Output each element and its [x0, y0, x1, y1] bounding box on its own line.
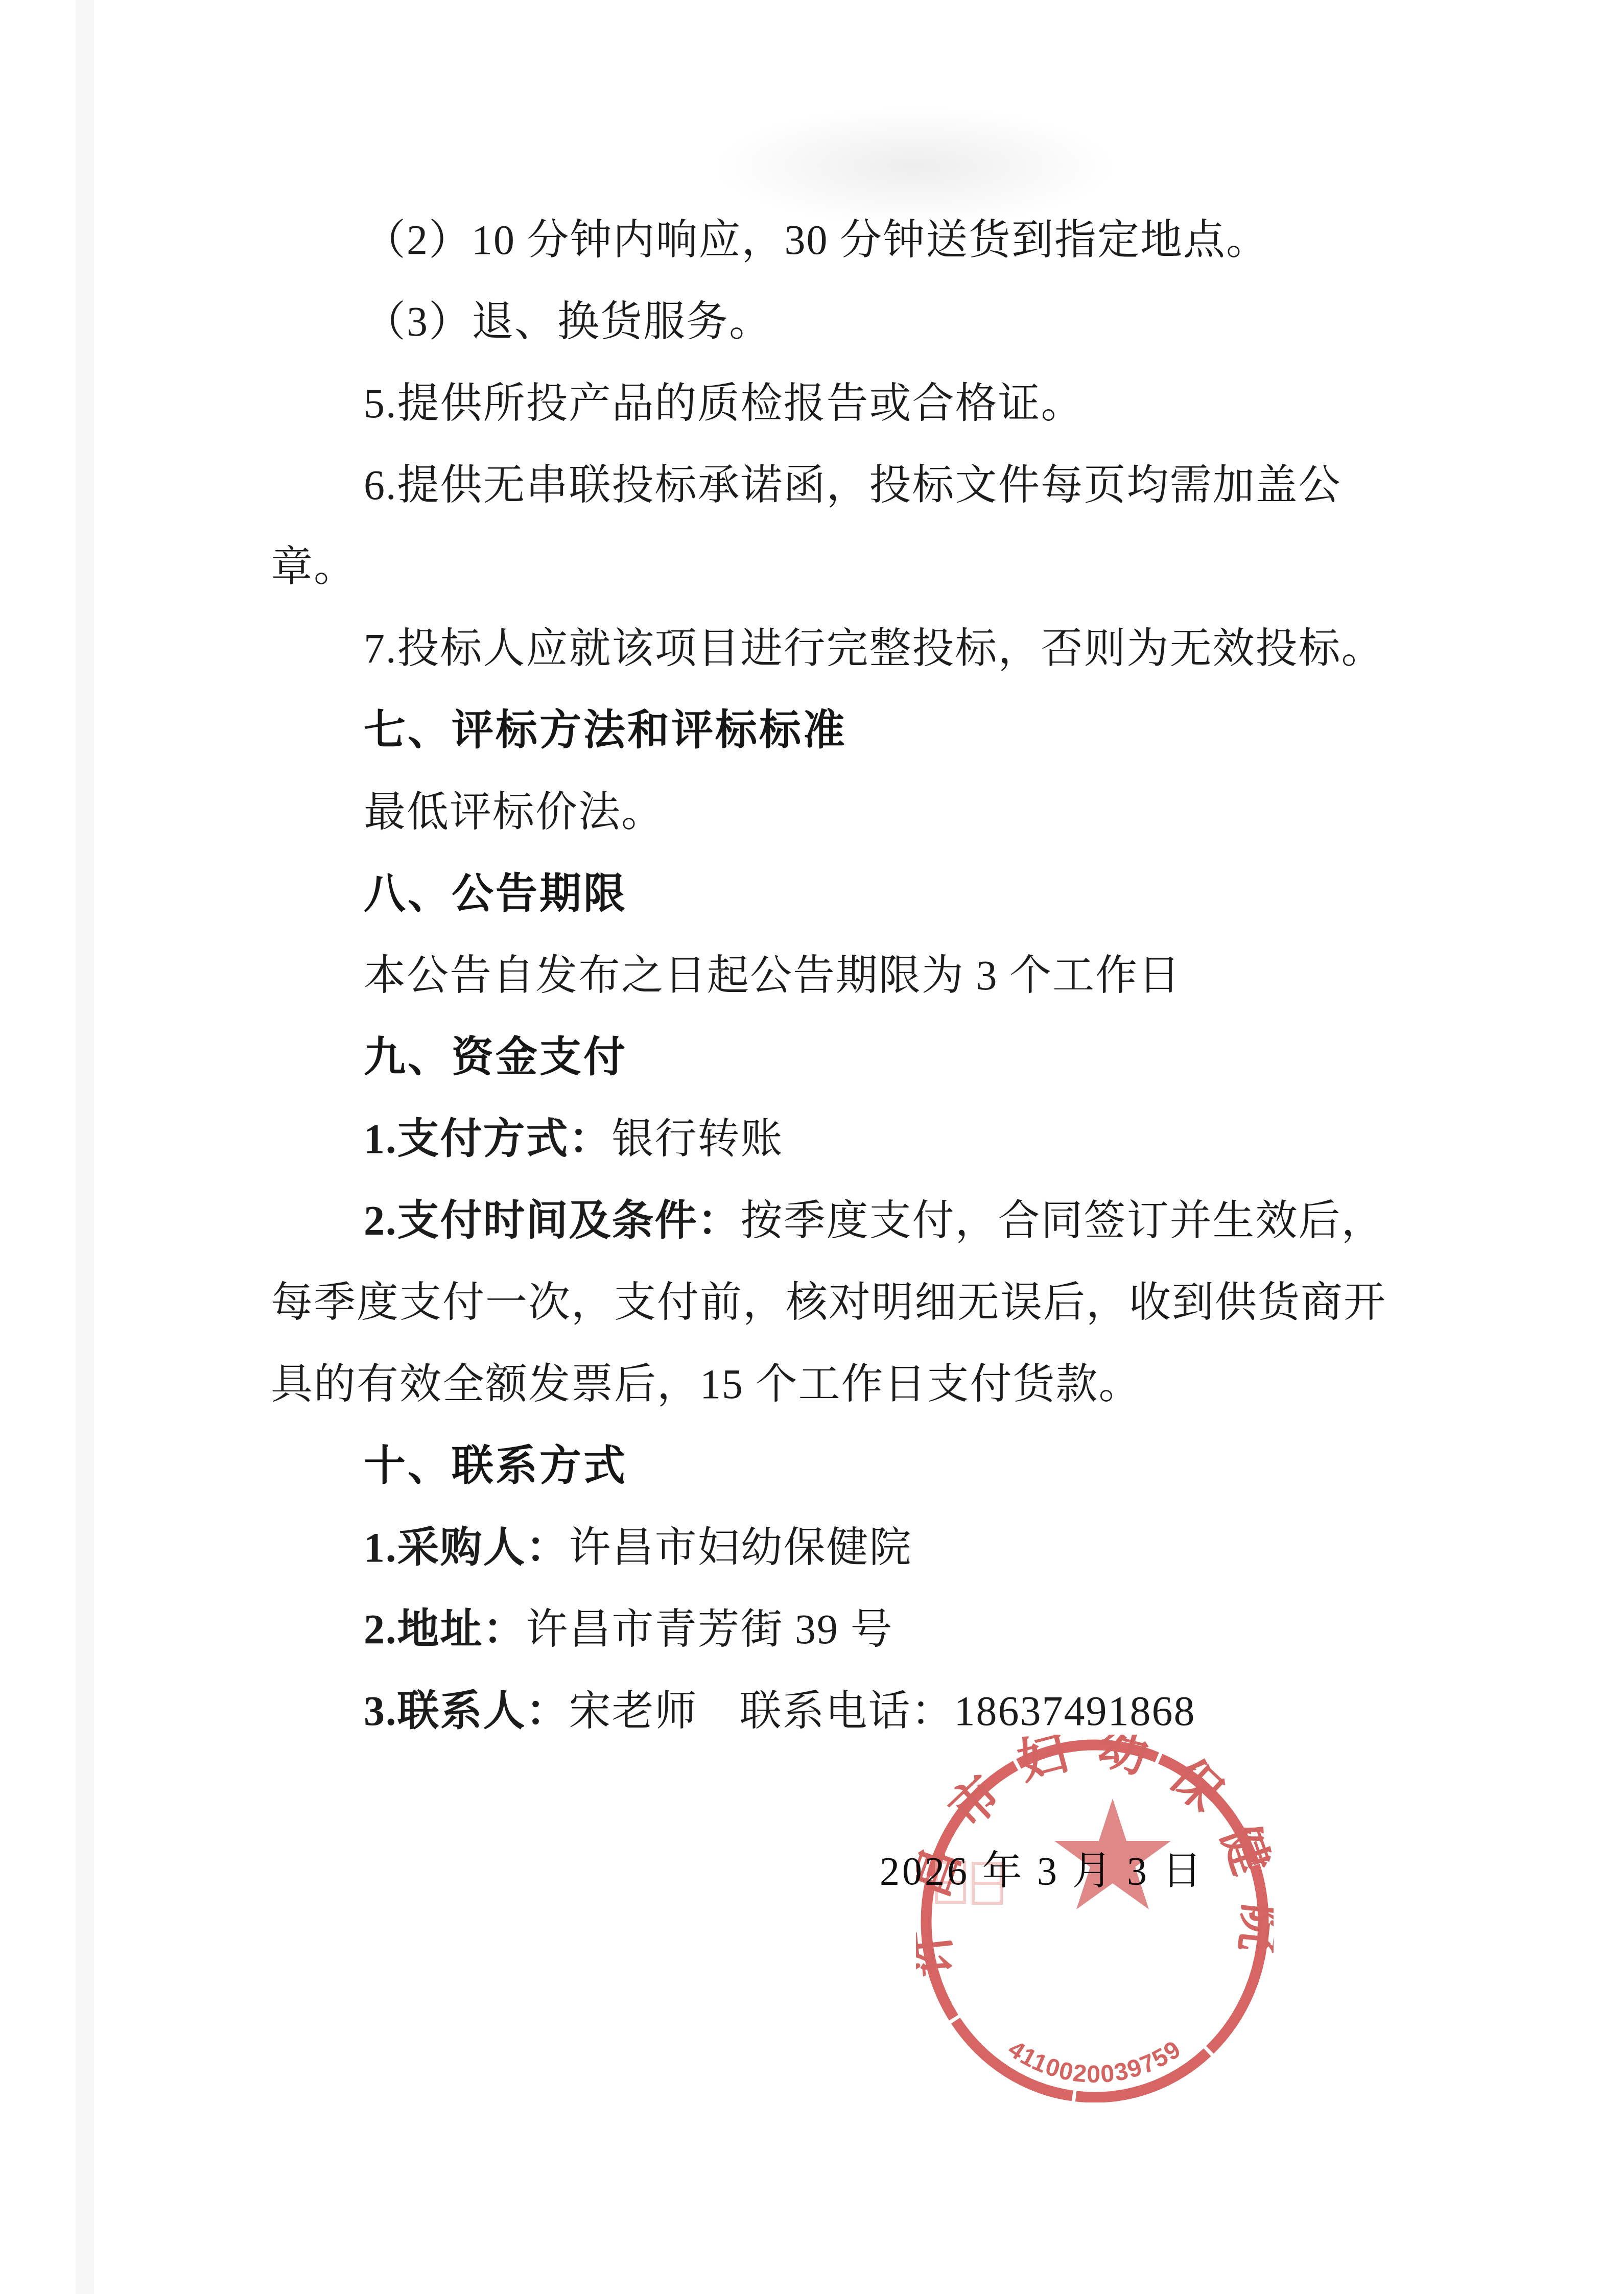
section-heading: 十、联系方式 [271, 1425, 1446, 1507]
text-line: 本公告自发布之日起公告期限为 3 个工作日 [271, 935, 1446, 1016]
text-line: 章。 [271, 526, 1446, 608]
text-line: （3）退、换货服务。 [271, 281, 1446, 363]
field-value: 许昌市青芳街 39 号 [526, 1606, 893, 1652]
field-value: 18637491868 [954, 1688, 1196, 1734]
text-line: 2.支付时间及条件：按季度支付，合同签订并生效后， [271, 1180, 1446, 1262]
text-line: 7.投标人应就该项目进行完整投标，否则为无效投标。 [271, 608, 1446, 690]
text-line: 每季度支付一次，支付前，核对明细无误后，收到供货商开 [271, 1262, 1446, 1343]
field-label: 1.采购人： [364, 1524, 569, 1571]
field-value: 许昌市妇幼保健院 [569, 1524, 912, 1571]
document-date: 2026 年 3 月 3 日 [880, 1843, 1205, 1899]
section-heading: 九、资金支付 [271, 1016, 1446, 1098]
section-heading: 七、评标方法和评标标准 [271, 690, 1446, 771]
document-page: （2）10 分钟内响应，30 分钟送货到指定地点。（3）退、换货服务。5.提供所… [0, 0, 1624, 2294]
document-body: （2）10 分钟内响应，30 分钟送货到指定地点。（3）退、换货服务。5.提供所… [271, 199, 1446, 1752]
field-value: 宋老师 [569, 1688, 698, 1734]
field-value: 按季度支付，合同签订并生效后， [741, 1197, 1384, 1244]
section-heading: 八、公告期限 [271, 853, 1446, 935]
text-line: 2.地址：许昌市青芳街 39 号 [271, 1589, 1446, 1670]
text-line: （2）10 分钟内响应，30 分钟送货到指定地点。 [271, 199, 1446, 281]
field-label: 2.地址： [364, 1606, 526, 1652]
text-line: 5.提供所投产品的质检报告或合格证。 [271, 363, 1446, 444]
scan-artifact-streak [76, 0, 94, 2294]
field-value: 银行转账 [612, 1116, 784, 1162]
text-line: 具的有效全额发票后，15 个工作日支付货款。 [271, 1343, 1446, 1425]
text-line: 1.采购人：许昌市妇幼保健院 [271, 1507, 1446, 1589]
official-seal: 许昌市妇幼保健院 4110020039759 [916, 1735, 1274, 2102]
field-label: 2.支付时间及条件： [364, 1197, 741, 1244]
text-line: 最低评标价法。 [271, 771, 1446, 853]
text-line: 6.提供无串联投标承诺函，投标文件每页均需加盖公 [271, 444, 1446, 526]
text-line: 1.支付方式：银行转账 [271, 1098, 1446, 1180]
field-label: 联系电话： [740, 1688, 954, 1734]
field-label: 3.联系人： [364, 1688, 569, 1734]
field-label: 1.支付方式： [364, 1116, 612, 1162]
